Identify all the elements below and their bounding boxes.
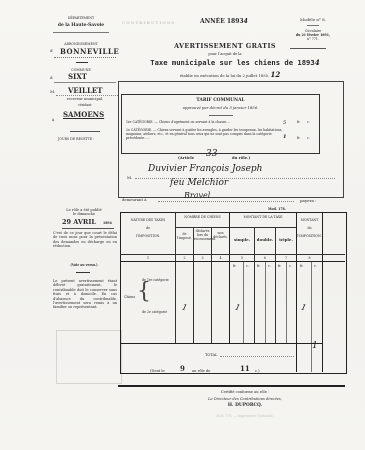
header-dogs-taxed: de l'imposé. xyxy=(176,232,193,240)
col-number-6: 6 xyxy=(255,256,275,260)
publication-year: 1894 xyxy=(103,221,112,225)
article-suffix: du rôle.) xyxy=(232,156,250,161)
col-number-2: 2 xyxy=(176,256,193,260)
header-dogs-declared: déclarés lors du recensement. xyxy=(194,229,211,241)
see-back-note: (Voir au verso.) xyxy=(52,263,116,267)
arrondissement-name: BONNEVILLE xyxy=(60,47,119,56)
commune-name: SIXT xyxy=(68,72,87,81)
col-number-7: 7 xyxy=(276,256,296,260)
unit-c: c. xyxy=(268,264,271,268)
arrondissement-label: ARRONDISSEMENT xyxy=(40,42,122,46)
faded-header-text: CONTRIBUTIONS xyxy=(122,20,175,25)
taxpayer-prefix: M. xyxy=(127,175,132,180)
header-total: MONTANT du l'IMPOSITION. xyxy=(297,218,322,238)
dont-mid: au rôle de xyxy=(192,369,210,373)
header-dog-count: NOMBRE DE CHIENS xyxy=(176,215,229,219)
unit-fr: fr. xyxy=(233,264,236,268)
header-dogs-undeclared: non déclarés. xyxy=(212,231,229,239)
tax-notice-document: CONTRIBUTIONS ANNÉE 18934 Modèle n° 8. C… xyxy=(0,0,365,450)
unit-c: c. xyxy=(289,264,292,268)
header-nature: NATURE DES TAXES de l'IMPOSITION. xyxy=(121,218,175,238)
certified-label: Certifié conforme au rôle : xyxy=(170,390,320,394)
dont-value-2: 11 xyxy=(240,364,250,373)
year-label: ANNÉE 18934 xyxy=(200,18,248,25)
collector-role: receveur municipal, xyxy=(45,97,125,101)
model-reference: Modèle n° 8. Circulaire du 21 février 18… xyxy=(283,17,343,41)
col-number-4: 4 xyxy=(212,256,229,260)
residence-prefix: à xyxy=(52,117,54,122)
header-double: double. xyxy=(255,237,275,242)
col-number-8: 8 xyxy=(297,256,322,260)
row-category-2: de 2e catégorie xyxy=(142,310,167,314)
taxpayer-name: Duvivier François Joseph xyxy=(148,164,262,174)
free-notice-text: Le présent avertissement étant délivré g… xyxy=(53,279,117,310)
dont-end: c.) xyxy=(255,369,260,373)
collector-prefix: M. xyxy=(50,89,55,94)
taxpayer-residence: Bravel xyxy=(184,191,210,200)
residence-label: résidant xyxy=(45,103,125,107)
article-number: 33 xyxy=(206,149,217,159)
brace: { xyxy=(137,281,151,303)
article-label: (Article xyxy=(178,156,194,161)
director-title: Le Directeur des Contributions directes, xyxy=(170,397,320,401)
tariff-title: TARIF COMMUNAL xyxy=(122,98,319,103)
residence-name: SAMOENS xyxy=(63,110,104,119)
total-label: TOTAL xyxy=(205,353,218,357)
total-amount: 1 xyxy=(312,341,318,351)
claim-deadline-notice: C'est de ce jour que court le délai de t… xyxy=(53,231,117,249)
collector-name: VEILLET xyxy=(68,86,102,95)
header-tax-amount: MONTANT DE LA TAXE xyxy=(230,215,296,219)
tariff-category-2: 2e CATÉGORIE. — Chiens servant à guider … xyxy=(122,128,319,140)
commune-prefix: d xyxy=(50,75,53,80)
unit-c: c. xyxy=(314,264,317,268)
dogs-label: Chiens xyxy=(124,295,135,299)
taxpayer-name-line2: feu Melchior xyxy=(170,178,228,188)
col-number-5: 5 xyxy=(230,256,254,260)
payment-days-label: JOURS DE RECETTE : xyxy=(58,137,94,141)
tariff-box: TARIF COMMUNAL approuvé par décret du 3 … xyxy=(121,94,320,154)
tariff-category-1: 1re CATÉGORIE. — Chiens d'agrément ou se… xyxy=(122,120,319,126)
faded-verso-box xyxy=(56,330,122,384)
col-number-1: 1 xyxy=(121,256,175,260)
col-number-3: 3 xyxy=(194,256,211,260)
tariff-approval: approuvé par décret du 3 janvier 1856. xyxy=(122,105,319,110)
unit-fr: fr. xyxy=(278,264,281,268)
residence-label-taxpayer: demeurant à xyxy=(122,198,147,203)
unit-fr: fr. xyxy=(257,264,260,268)
department-block: DÉPARTEMENT de la Haute-Savoie xyxy=(40,16,122,33)
unit-c: c. xyxy=(246,264,249,268)
unit-fr: fr. xyxy=(300,264,303,268)
document-title: AVERTISSEMENT GRATIS xyxy=(150,42,300,50)
tax-title: Taxe municipale sur les chiens de 18934 xyxy=(132,58,338,67)
law-line: établie en exécution de la loi du 2 juil… xyxy=(130,71,330,80)
dont-value-1: 9 xyxy=(180,364,185,373)
dont-label: (Dont le xyxy=(150,369,165,373)
payable-label: payera : xyxy=(300,198,317,203)
model-ref: Mod. 178. xyxy=(268,207,286,211)
header-triple: triple. xyxy=(276,237,296,242)
publication-date: 29 AVRIL xyxy=(62,218,96,226)
arrondissement-prefix: d xyxy=(50,48,53,53)
header-simple: simple. xyxy=(230,237,254,242)
printer-line: Mod. 178. — Imprimerie Nationale. xyxy=(170,414,320,418)
subtitle: pour l'acquit de la xyxy=(150,52,300,56)
director-name: H. DUPORCQ. xyxy=(170,403,320,408)
publication-note: Le rôle a été publié le dimanche xyxy=(52,208,116,217)
